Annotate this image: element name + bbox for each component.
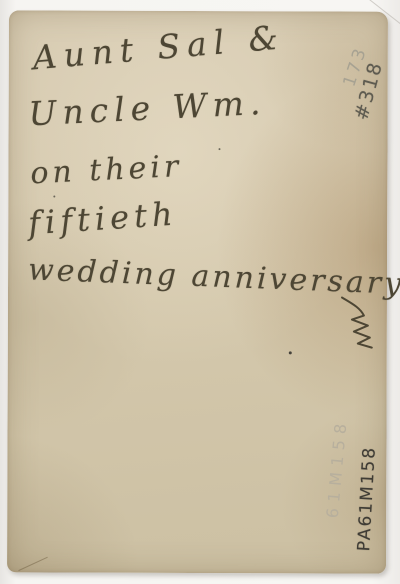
handwritten-line-4: fiftieth [27,195,179,243]
archive-number-ink: PA61M158 [354,445,380,551]
photo-card-back: Aunt Sal & Uncle Wm. on their fiftieth w… [7,10,388,573]
handwritten-line-3: on their [30,149,184,191]
archive-number-pencil-faint: 61M158 [323,417,351,519]
handwritten-line-2: Uncle Wm. [28,83,267,134]
blemish-speck [289,351,292,354]
corner-crease [18,557,47,571]
blemish-speck [53,195,55,197]
handwritten-line-1: Aunt Sal & [31,17,286,77]
flourish-squiggle-icon [338,293,386,351]
blemish-speck [218,148,220,150]
scanned-photo-verso: Aunt Sal & Uncle Wm. on their fiftieth w… [0,0,400,584]
